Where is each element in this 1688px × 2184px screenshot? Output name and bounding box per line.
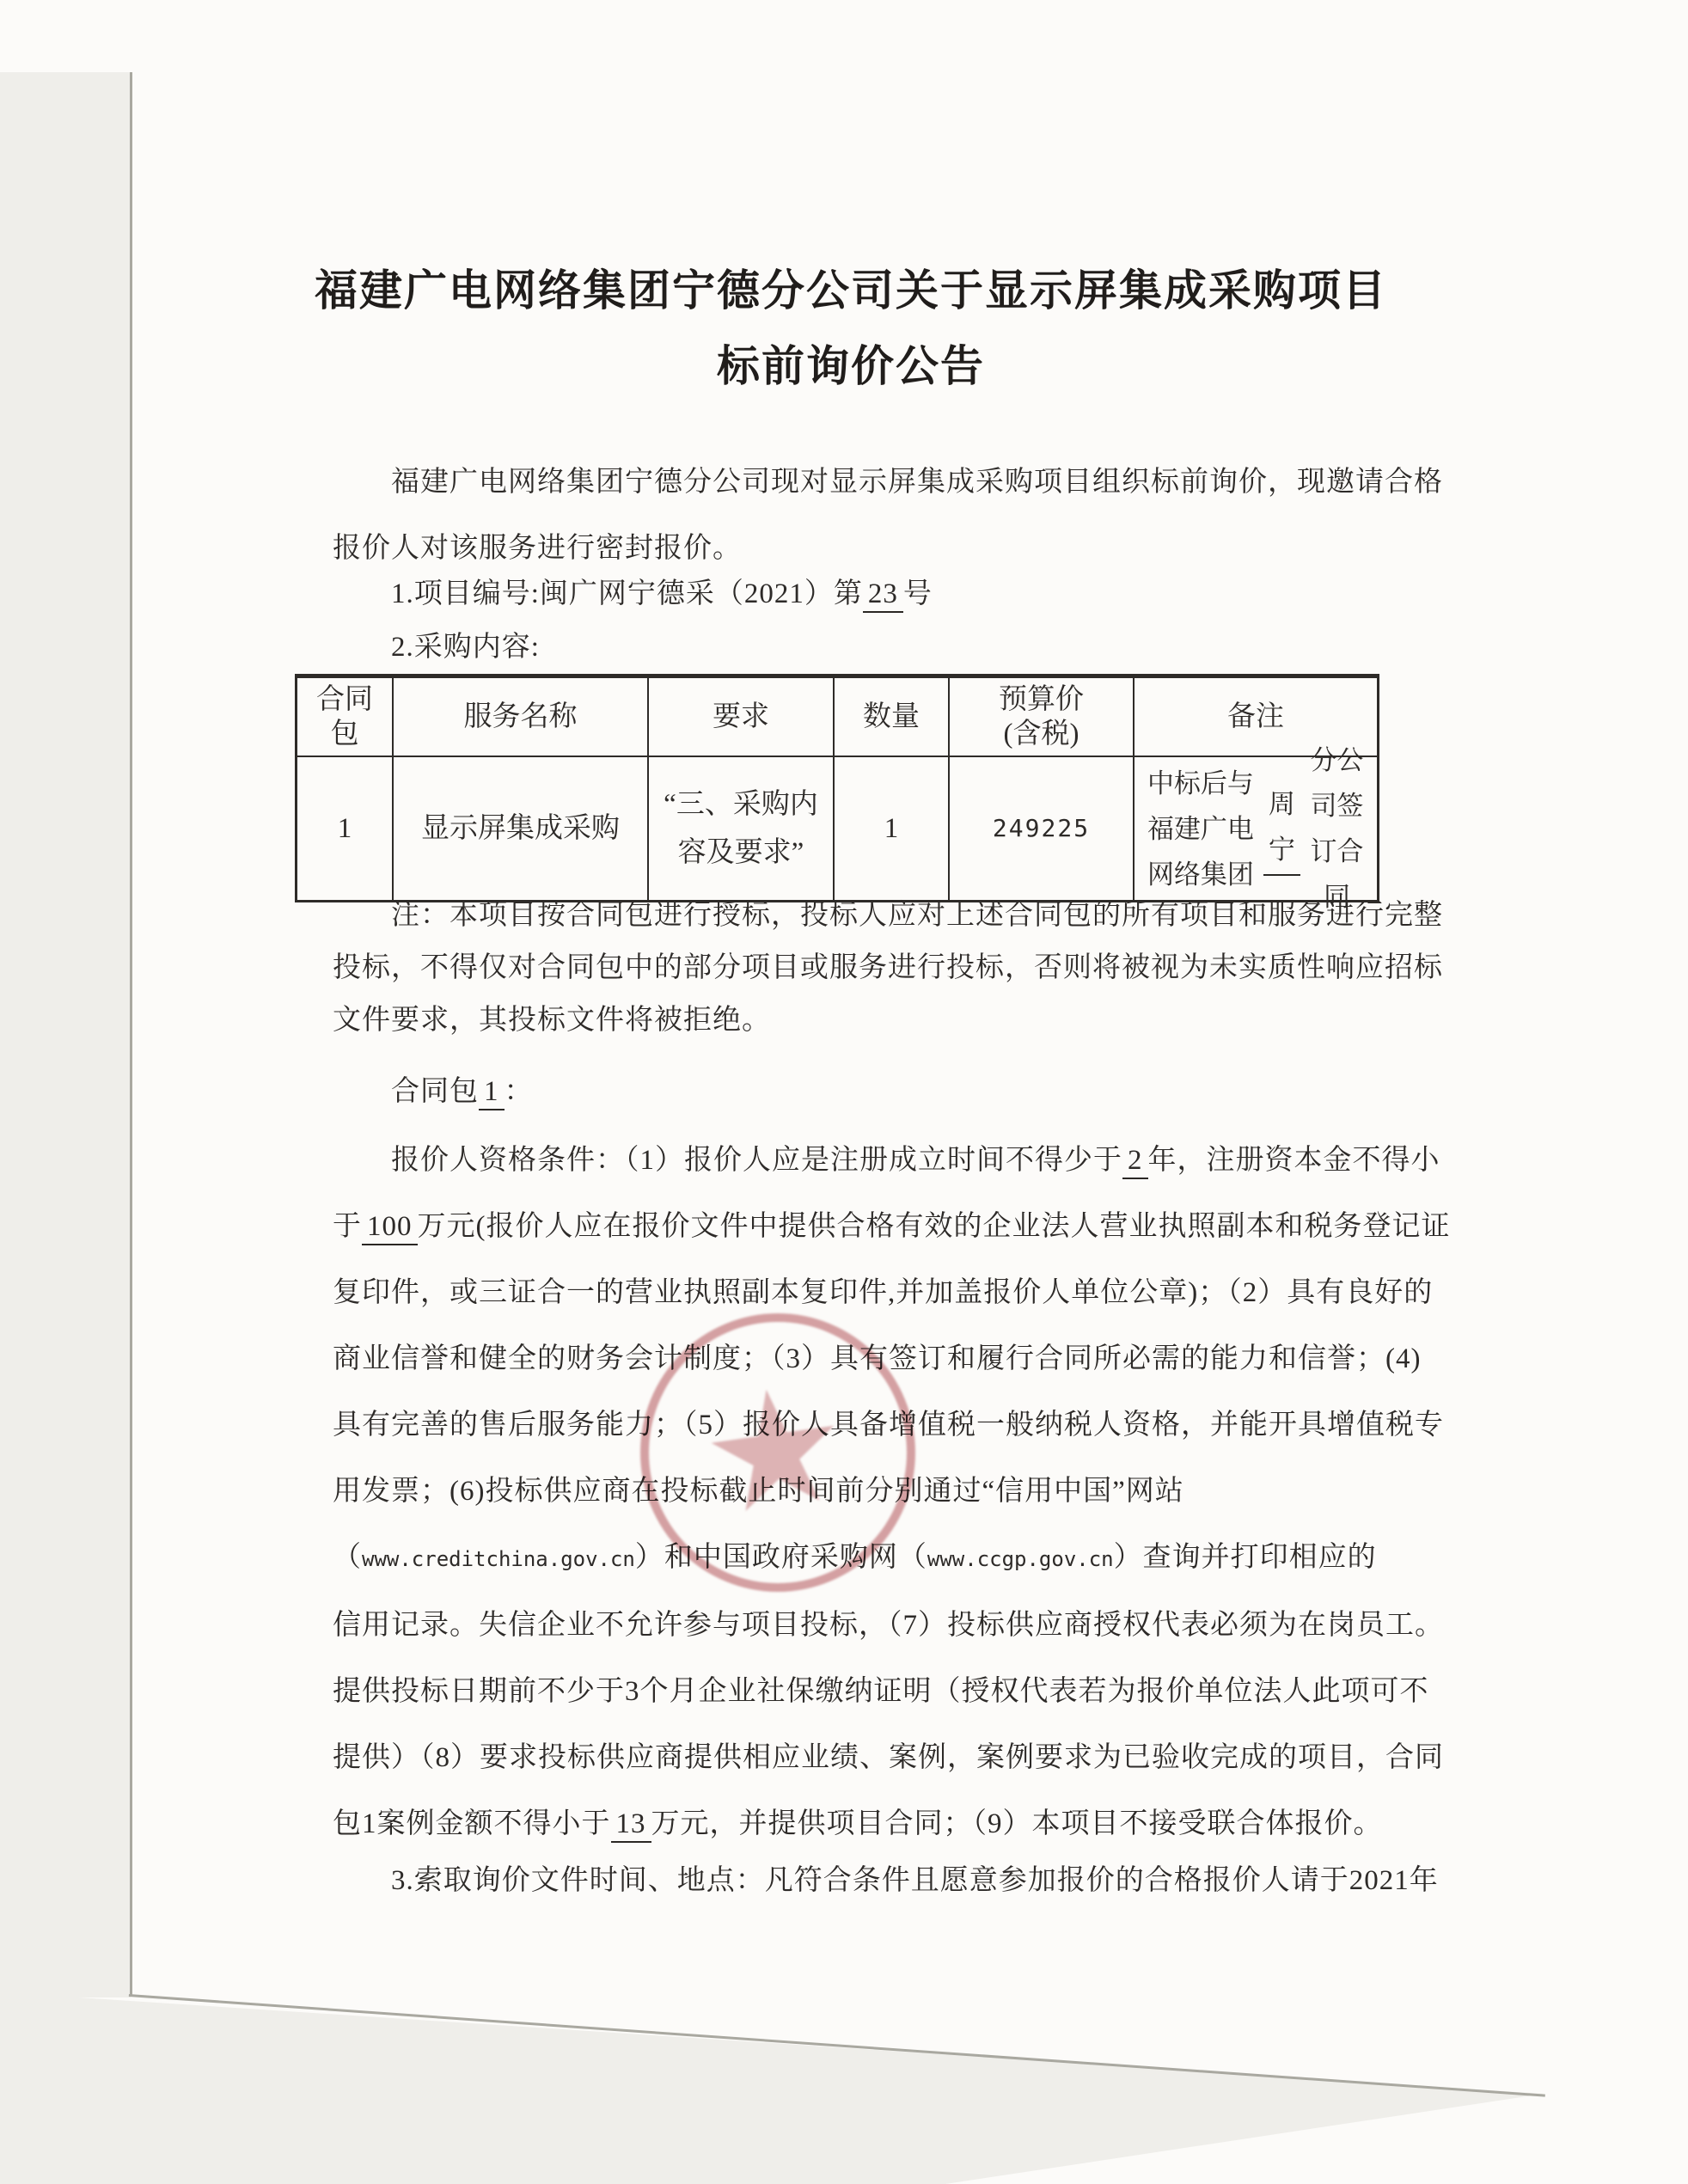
text-segment: 1.项目编号:闽广网宁德采（2021）第: [391, 578, 863, 609]
text-line: 提供）（8）要求投标供应商提供相应业绩、案例，案例要求为已验收完成的项目，合同: [333, 1725, 1417, 1791]
text-segment: 投标，不得仅对合同包中的部分项目或服务进行投标，否则将被视为未实质性响应招标: [333, 952, 1443, 983]
text-line: 3.索取询价文件时间、地点：凡符合条件且愿意参加报价的合格报价人请于2021年: [333, 1848, 1417, 1914]
table-header-service: 服务名称: [392, 678, 647, 756]
paper-left-edge: [130, 72, 132, 1996]
text-line: 商业信誉和健全的财务会计制度；（3）具有签订和履行合同所必需的能力和信誉；(4): [333, 1326, 1417, 1392]
scanned-document-page: 福建广电网络集团宁德分公司关于显示屏集成采购项目标前询价公告 福建广电网络集团宁…: [0, 0, 1688, 2184]
text-segment: 100: [362, 1211, 418, 1245]
text-segment: 信用记录。失信企业不允许参与项目投标，（7）投标供应商授权代表必须为在岗员工。: [333, 1610, 1444, 1641]
text-segment: 年，注册资本金不得小: [1148, 1145, 1440, 1176]
table-cell-quantity: 1: [833, 756, 948, 900]
text-segment: www.creditchina.gov.cn: [362, 1547, 635, 1571]
qualifications-paragraph: 报价人资格条件：（1）报价人应是注册成立时间不得少于2年，注册资本金不得小于10…: [333, 1128, 1417, 1857]
text-segment: 商业信誉和健全的财务会计制度；（3）具有签订和履行合同所必需的能力和信誉；(4): [333, 1343, 1421, 1374]
text-segment: 号: [903, 578, 933, 609]
table-cell-service: 显示屏集成采购: [392, 756, 647, 900]
text-segment: ：: [505, 1076, 534, 1107]
text-segment: 万元(报价人应在报价文件中提供合格有效的企业法人营业执照副本和税务登记证: [418, 1211, 1451, 1242]
text-segment: www.ccgp.gov.cn: [927, 1547, 1114, 1571]
text-segment: 文件要求，其投标文件将被拒绝。: [333, 1005, 771, 1036]
text-segment: 3.索取询价文件时间、地点：凡符合条件且愿意参加报价的合格报价人请于2021年: [391, 1865, 1439, 1896]
text-segment: 提供）（8）要求投标供应商提供相应业绩、案例，案例要求为已验收完成的项目，合同: [333, 1742, 1444, 1773]
text-line: 具有完善的售后服务能力；（5）报价人具备增值税一般纳税人资格，并能开具增值税专: [333, 1392, 1417, 1459]
text-segment: 1: [479, 1076, 505, 1110]
text-segment: ）查询并打印相应的: [1114, 1542, 1377, 1573]
table-cell-remark: 中标后与福建广电网络集团周宁分公司签订合同: [1133, 756, 1377, 900]
text-line: 提供投标日期前不少于3个月企业社保缴纳证明（授权代表若为报价单位法人此项可不: [333, 1659, 1417, 1725]
text-segment: 具有完善的售后服务能力；（5）报价人具备增值税一般纳税人资格，并能开具增值税专: [333, 1410, 1444, 1441]
text-segment: 包1案例金额不得小于: [333, 1808, 611, 1839]
text-segment: 福建广电网络集团宁德分公司关于显示屏集成采购项目: [315, 266, 1387, 315]
text-segment: 报价人对该服务进行密封报价。: [333, 533, 742, 564]
text-line: 信用记录。失信企业不允许参与项目投标，（7）投标供应商授权代表必须为在岗员工。: [333, 1593, 1417, 1659]
text-segment: 2.采购内容:: [391, 632, 540, 663]
text-line: 福建广电网络集团宁德分公司关于显示屏集成采购项目: [138, 253, 1564, 328]
table-header-requirement: 要求: [647, 678, 833, 756]
text-segment: 13: [611, 1808, 651, 1843]
table-cell-package: 1: [297, 756, 392, 900]
table-header-budget: 预算价 (含税): [948, 678, 1133, 756]
text-line: 于100万元(报价人应在报价文件中提供合格有效的企业法人营业执照副本和税务登记证: [333, 1194, 1417, 1260]
text-line: （www.creditchina.gov.cn）和中国政府采购网（www.ccg…: [333, 1525, 1417, 1593]
table-cell-requirement: “三、采购内 容及要求”: [647, 756, 833, 900]
procurement-content-line: 2.采购内容:: [333, 615, 1417, 681]
text-segment: 合同包: [391, 1076, 479, 1107]
text-line: 2.采购内容:: [333, 615, 1417, 681]
text-segment: 提供投标日期前不少于3个月企业社保缴纳证明（授权代表若为报价单位法人此项可不: [333, 1676, 1429, 1707]
text-line: 福建广电网络集团宁德分公司现对显示屏集成采购项目组织标前询价，现邀请合格: [333, 450, 1417, 516]
text-line: 注：本项目按合同包进行授标，投标人应对上述合同包的所有项目和服务进行完整: [333, 890, 1417, 942]
text-line: 报价人资格条件：（1）报价人应是注册成立时间不得少于2年，注册资本金不得小: [333, 1128, 1417, 1194]
text-segment: ）和中国政府采购网（: [635, 1542, 927, 1573]
text-segment: 周宁: [1263, 781, 1300, 876]
text-segment: 复印件，或三证合一的营业执照副本复印件,并加盖报价人单位公章)；（2）具有良好的: [333, 1277, 1433, 1308]
obtain-documents-line: 3.索取询价文件时间、地点：凡符合条件且愿意参加报价的合格报价人请于2021年: [333, 1848, 1417, 1914]
text-segment: 福建广电网络集团宁德分公司现对显示屏集成采购项目组织标前询价，现邀请合格: [391, 467, 1443, 498]
text-segment: 标前询价公告: [717, 342, 985, 390]
scan-background-left: [0, 72, 131, 1997]
text-line: 合同包1：: [333, 1059, 1417, 1125]
text-line: 投标，不得仅对合同包中的部分项目或服务进行投标，否则将被视为未实质性响应招标: [333, 942, 1417, 994]
text-segment: 报价人资格条件：（1）报价人应是注册成立时间不得少于: [391, 1145, 1122, 1176]
procurement-table: 合同 包 服务名称 要求 数量 预算价 (含税) 备注 1 显示屏集成采购 “三…: [295, 674, 1379, 902]
table-header-quantity: 数量: [833, 678, 948, 756]
text-line: 标前询价公告: [138, 328, 1564, 404]
contract-package-heading: 合同包1：: [333, 1059, 1417, 1125]
table-cell-budget: 249225: [948, 756, 1133, 900]
text-segment: （: [333, 1542, 362, 1573]
text-segment: 注：本项目按合同包进行授标，投标人应对上述合同包的所有项目和服务进行完整: [391, 900, 1443, 931]
text-segment: 万元，并提供项目合同；（9）本项目不接受联合体报价。: [651, 1808, 1383, 1839]
text-segment: 中标后与福建广电网络集团: [1138, 761, 1263, 897]
text-segment: 于: [333, 1211, 362, 1242]
text-line: 用发票；(6)投标供应商在投标截止时间前分别通过“信用中国”网站: [333, 1459, 1417, 1525]
table-header-package: 合同 包: [297, 678, 392, 756]
page-title: 福建广电网络集团宁德分公司关于显示屏集成采购项目标前询价公告: [138, 253, 1564, 404]
text-segment: 用发票；(6)投标供应商在投标截止时间前分别通过“信用中国”网站: [333, 1476, 1184, 1507]
text-line: 文件要求，其投标文件将被拒绝。: [333, 994, 1417, 1047]
note-paragraph: 注：本项目按合同包进行授标，投标人应对上述合同包的所有项目和服务进行完整投标，不…: [333, 890, 1417, 1047]
text-segment: 2: [1122, 1145, 1148, 1179]
text-line: 复印件，或三证合一的营业执照副本复印件,并加盖报价人单位公章)；（2）具有良好的: [333, 1260, 1417, 1326]
text-segment: 23: [863, 578, 903, 613]
